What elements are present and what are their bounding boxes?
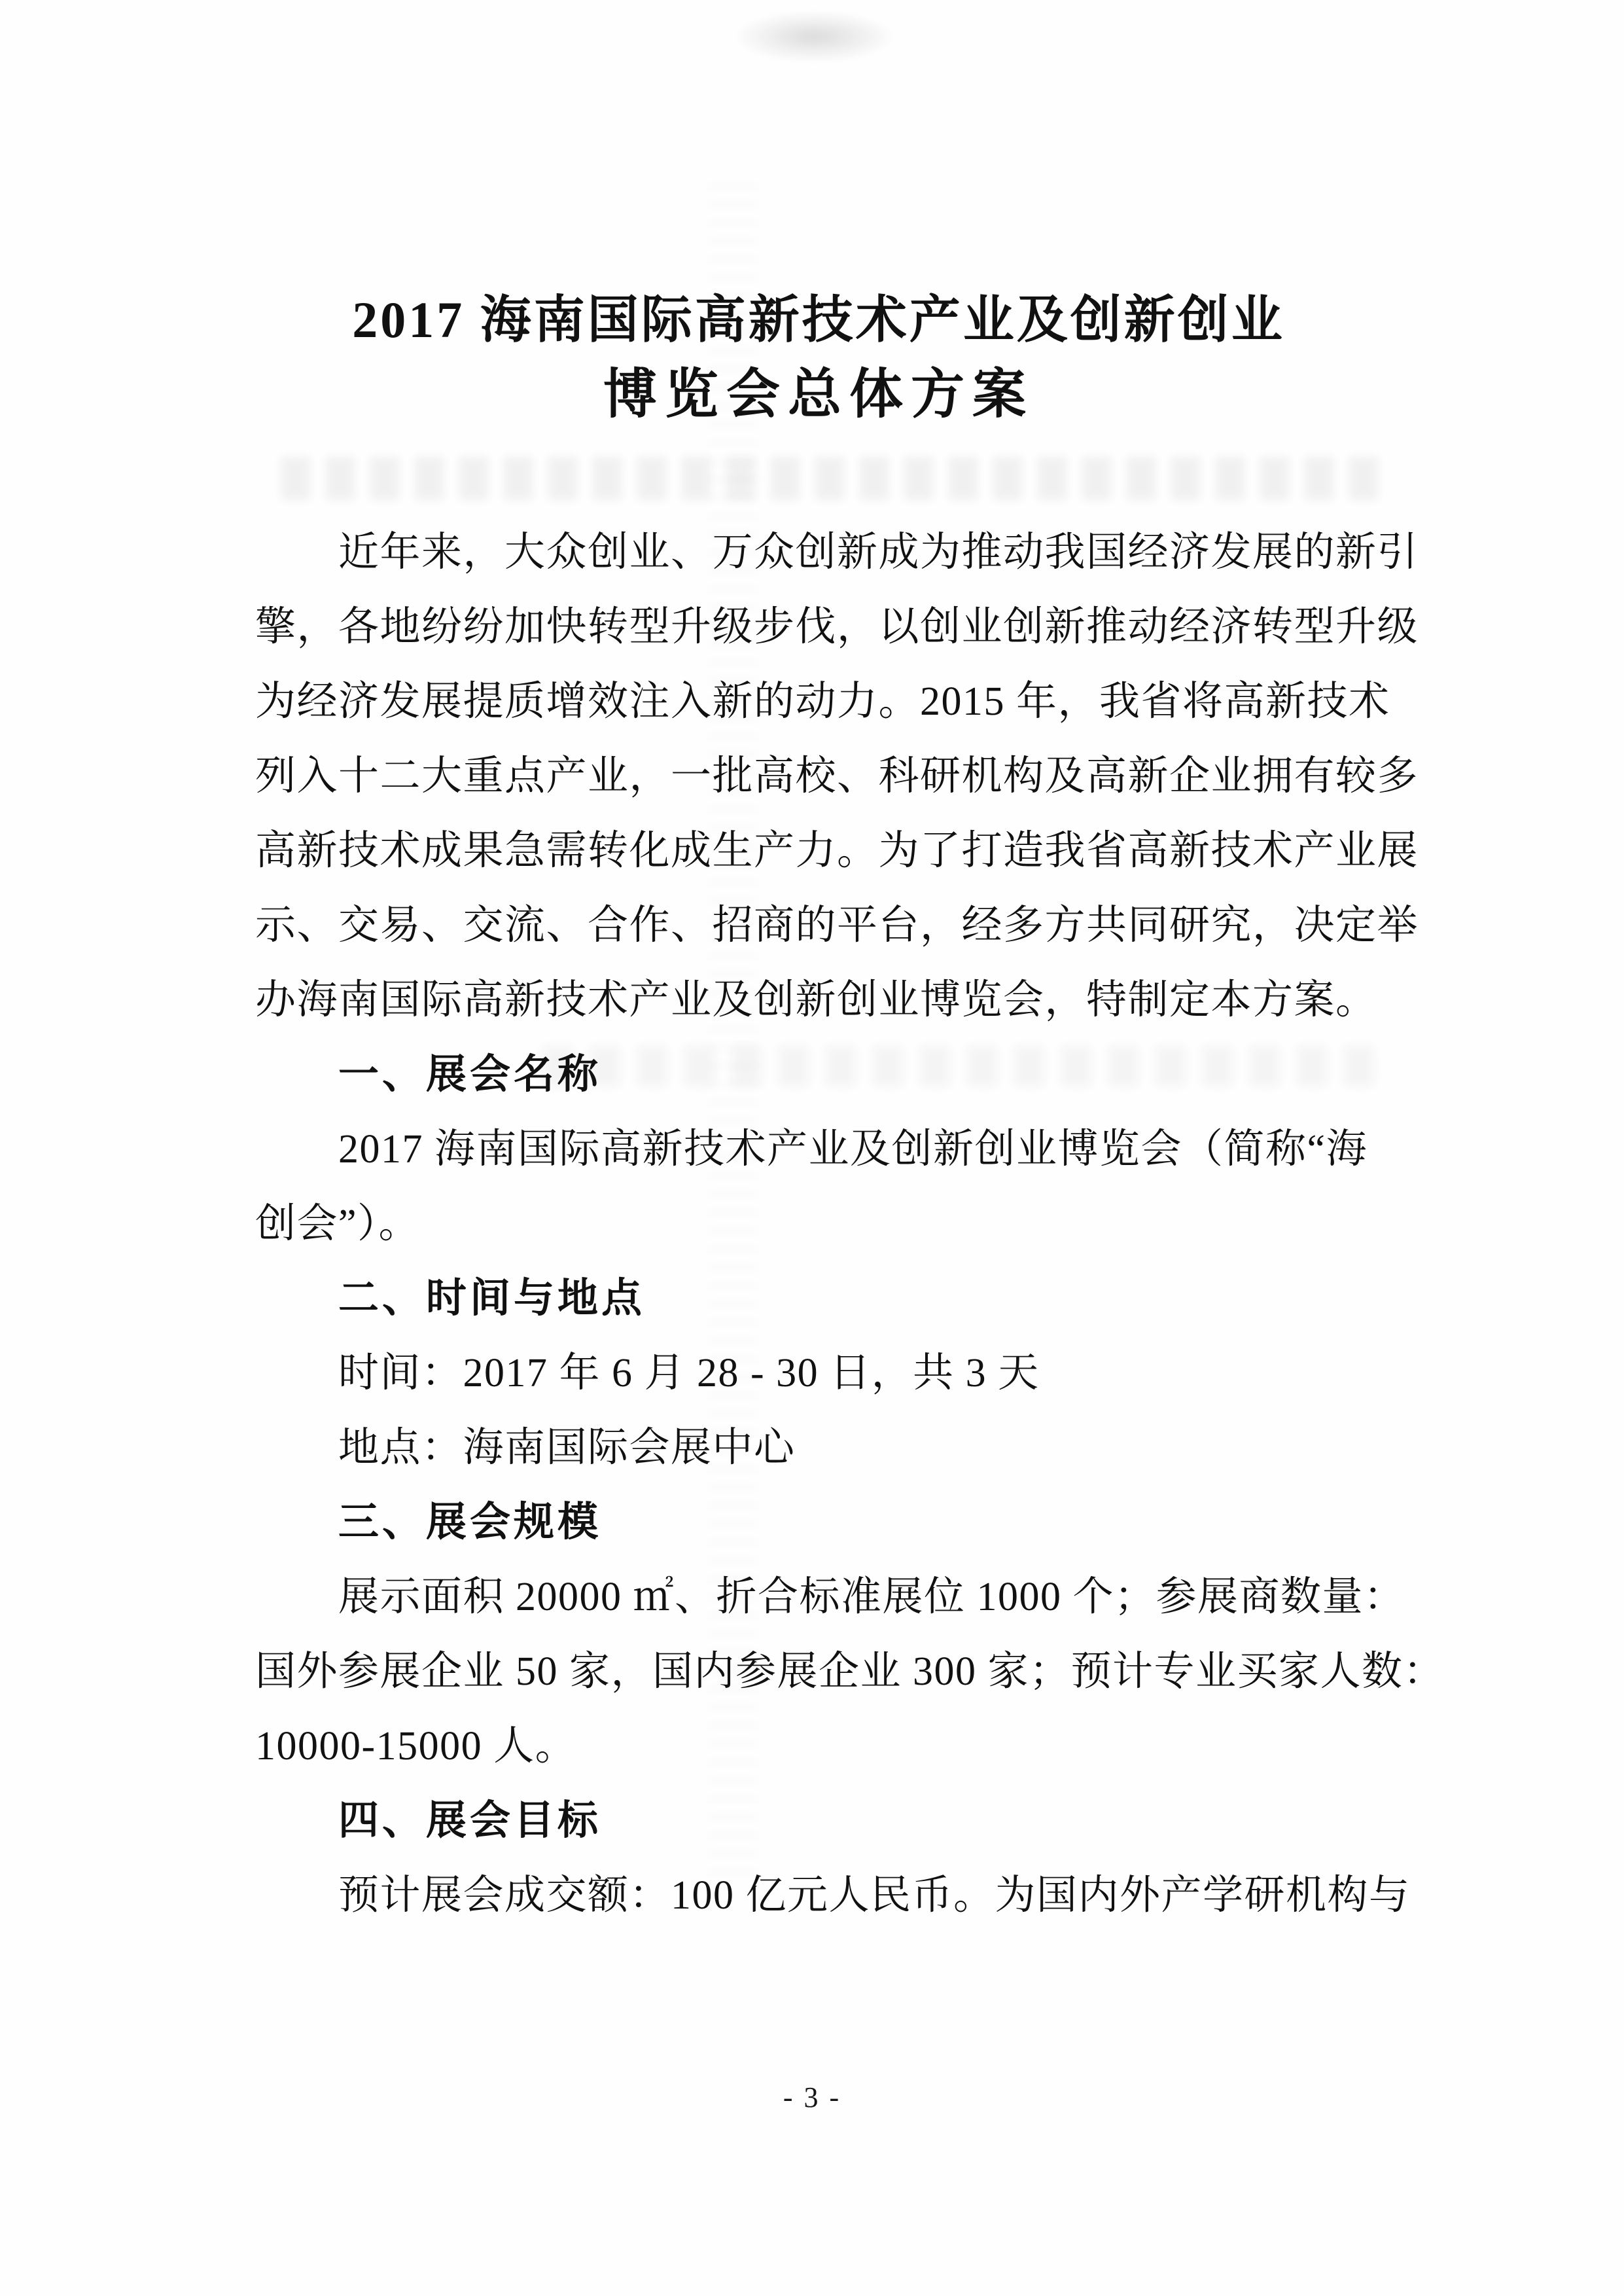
title-line-2: 博览会总体方案 bbox=[233, 357, 1404, 432]
section4-line-1: 预计展会成交额：100 亿元人民币。为国内外产学研机构与 bbox=[255, 1858, 1426, 1933]
section3-line-2: 国外参展企业 50 家，国内参展企业 300 家；预计专业买家人数： bbox=[255, 1634, 1426, 1709]
intro-line-4: 列入十二大重点产业，一批高校、科研机构及高新企业拥有较多 bbox=[255, 739, 1426, 814]
page-number: - 3 - bbox=[0, 2062, 1624, 2134]
scanned-document-page: 2017 海南国际高新技术产业及创新创业 博览会总体方案 近年来，大众创业、万众… bbox=[0, 0, 1624, 2296]
section2-time-line: 时间：2017 年 6 月 28 - 30 日，共 3 天 bbox=[255, 1336, 1426, 1410]
bleedthrough-artifact-under-title bbox=[281, 457, 1381, 500]
intro-line-1: 近年来，大众创业、万众创新成为推动我国经济发展的新引 bbox=[255, 515, 1426, 590]
section2-place-line: 地点：海南国际会展中心 bbox=[255, 1410, 1426, 1485]
section-heading-exhibition-goal: 四、展会目标 bbox=[255, 1784, 1426, 1858]
section3-line-1: 展示面积 20000 ㎡、折合标准展位 1000 个；参展商数量： bbox=[255, 1560, 1426, 1634]
intro-line-6: 示、交易、交流、合作、招商的平台，经多方共同研究，决定举 bbox=[255, 888, 1426, 963]
section1-line-2: 创会”）。 bbox=[255, 1187, 1426, 1261]
document-title: 2017 海南国际高新技术产业及创新创业 博览会总体方案 bbox=[233, 283, 1404, 432]
title-line-1: 2017 海南国际高新技术产业及创新创业 bbox=[233, 283, 1404, 357]
intro-line-5: 高新技术成果急需转化成生产力。为了打造我省高新技术产业展 bbox=[255, 814, 1426, 888]
scan-smudge-artifact bbox=[733, 10, 896, 63]
intro-line-7: 办海南国际高新技术产业及创新创业博览会，特制定本方案。 bbox=[255, 963, 1426, 1037]
section1-line-1: 2017 海南国际高新技术产业及创新创业博览会（简称“海 bbox=[255, 1112, 1426, 1187]
section-heading-exhibition-scale: 三、展会规模 bbox=[255, 1485, 1426, 1560]
section-heading-exhibition-name: 一、展会名称 bbox=[255, 1037, 1426, 1112]
section3-line-3: 10000-15000 人。 bbox=[255, 1709, 1426, 1784]
section-heading-time-place: 二、时间与地点 bbox=[255, 1261, 1426, 1336]
intro-line-3: 为经济发展提质增效注入新的动力。2015 年，我省将高新技术 bbox=[255, 664, 1426, 739]
intro-line-2: 擎，各地纷纷加快转型升级步伐，以创业创新推动经济转型升级 bbox=[255, 590, 1426, 664]
document-body: 近年来，大众创业、万众创新成为推动我国经济发展的新引 擎，各地纷纷加快转型升级步… bbox=[255, 515, 1426, 1933]
